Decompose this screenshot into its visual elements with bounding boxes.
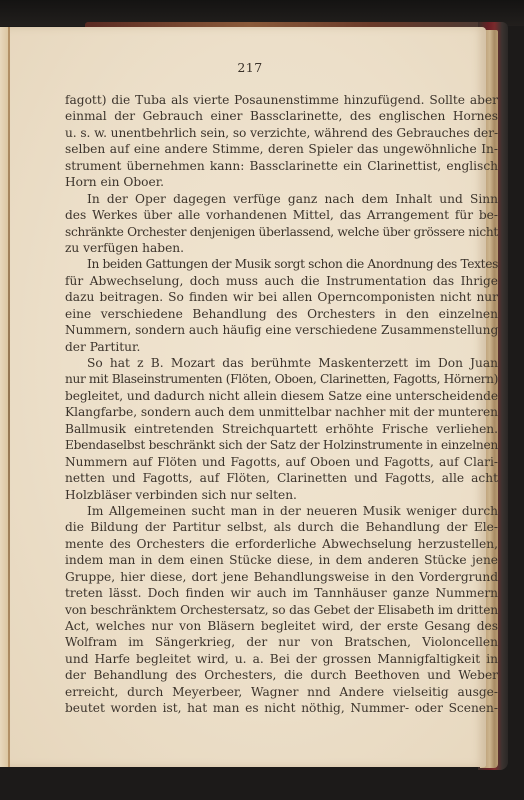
text-line: für Abwechselung, doch muss auch die Ins… — [65, 273, 498, 289]
text-line: netten und Fagotts, auf Flöten, Clarinet… — [65, 470, 498, 486]
text-line: schränkte Orchester denjenigen überlasse… — [65, 224, 498, 240]
text-line: selben auf eine andere Stimme, deren Spi… — [65, 141, 498, 157]
text-line: die Bildung der Partitur selbst, als dur… — [65, 519, 498, 535]
text-line: einmal der Gebrauch einer Bassclarinette… — [65, 108, 498, 124]
text-line: eine verschiedene Behandlung des Orchest… — [65, 306, 498, 322]
text-line: der Behandlung des Orchesters, die durch… — [65, 667, 498, 683]
text-line: Ebendaselbst beschränkt sich der Satz de… — [65, 437, 498, 453]
text-line: begleitet, und dadurch nicht allein dies… — [65, 388, 498, 404]
text-line: und Harfe begleitet wird, u. a. Bei der … — [65, 651, 498, 667]
text-line: mente des Orchesters die erforderliche A… — [65, 536, 498, 552]
text-line: Holzbläser verbinden sich nur selten. — [65, 487, 498, 503]
text-line: Nummern auf Flöten und Fagotts, auf Oboe… — [65, 454, 498, 470]
text-line: So hat z B. Mozart das berühmte Maskente… — [65, 355, 498, 371]
text-line: Im Allgemeinen sucht man in der neueren … — [65, 503, 498, 519]
text-line: Ballmusik eintretenden Streichquartett e… — [65, 421, 498, 437]
page-body-text: fagott) die Tuba als vierte Posaunenstim… — [65, 92, 498, 717]
page-number: 217 — [0, 60, 500, 75]
text-line: treten lässt. Doch finden wir auch im Ta… — [65, 585, 498, 601]
text-line: indem man in dem einen Stücke diese, in … — [65, 552, 498, 568]
text-line: dazu beitragen. So finden wir bei allen … — [65, 289, 498, 305]
text-line: der Partitur. — [65, 339, 498, 355]
text-line: Gruppe, hier diese, dort jene Behandlung… — [65, 569, 498, 585]
text-line: Nummern, sondern auch häufig eine versch… — [65, 322, 498, 338]
gutter-line — [8, 27, 10, 767]
text-line: nur mit Blaseinstrumenten (Flöten, Oboen… — [65, 371, 498, 387]
text-line: Klangfarbe, sondern auch dem unmittelbar… — [65, 404, 498, 420]
text-line: fagott) die Tuba als vierte Posaunenstim… — [65, 92, 498, 108]
text-line: In beiden Gattungen der Musik sorgt scho… — [65, 256, 498, 272]
text-line: erreicht, durch Meyerbeer, Wagner nnd An… — [65, 684, 498, 700]
text-line: zu verfügen haben. — [65, 240, 498, 256]
text-line: Wolfram im Sängerkrieg, der nur von Brat… — [65, 634, 498, 650]
text-line: strument übernehmen kann: Bassclarinette… — [65, 158, 498, 174]
text-line: u. s. w. unentbehrlich sein, so verzicht… — [65, 125, 498, 141]
text-line: des Werkes über alle vorhandenen Mittel,… — [65, 207, 498, 223]
text-line: Act, welches nur von Bläsern begleitet w… — [65, 618, 498, 634]
text-line: Horn ein Oboer. — [65, 174, 498, 190]
text-line: von beschränktem Orchestersatz, so das G… — [65, 602, 498, 618]
text-line: In der Oper dagegen verfüge ganz nach de… — [65, 191, 498, 207]
text-line: beutet worden ist, hat man es nicht nöth… — [65, 700, 498, 716]
